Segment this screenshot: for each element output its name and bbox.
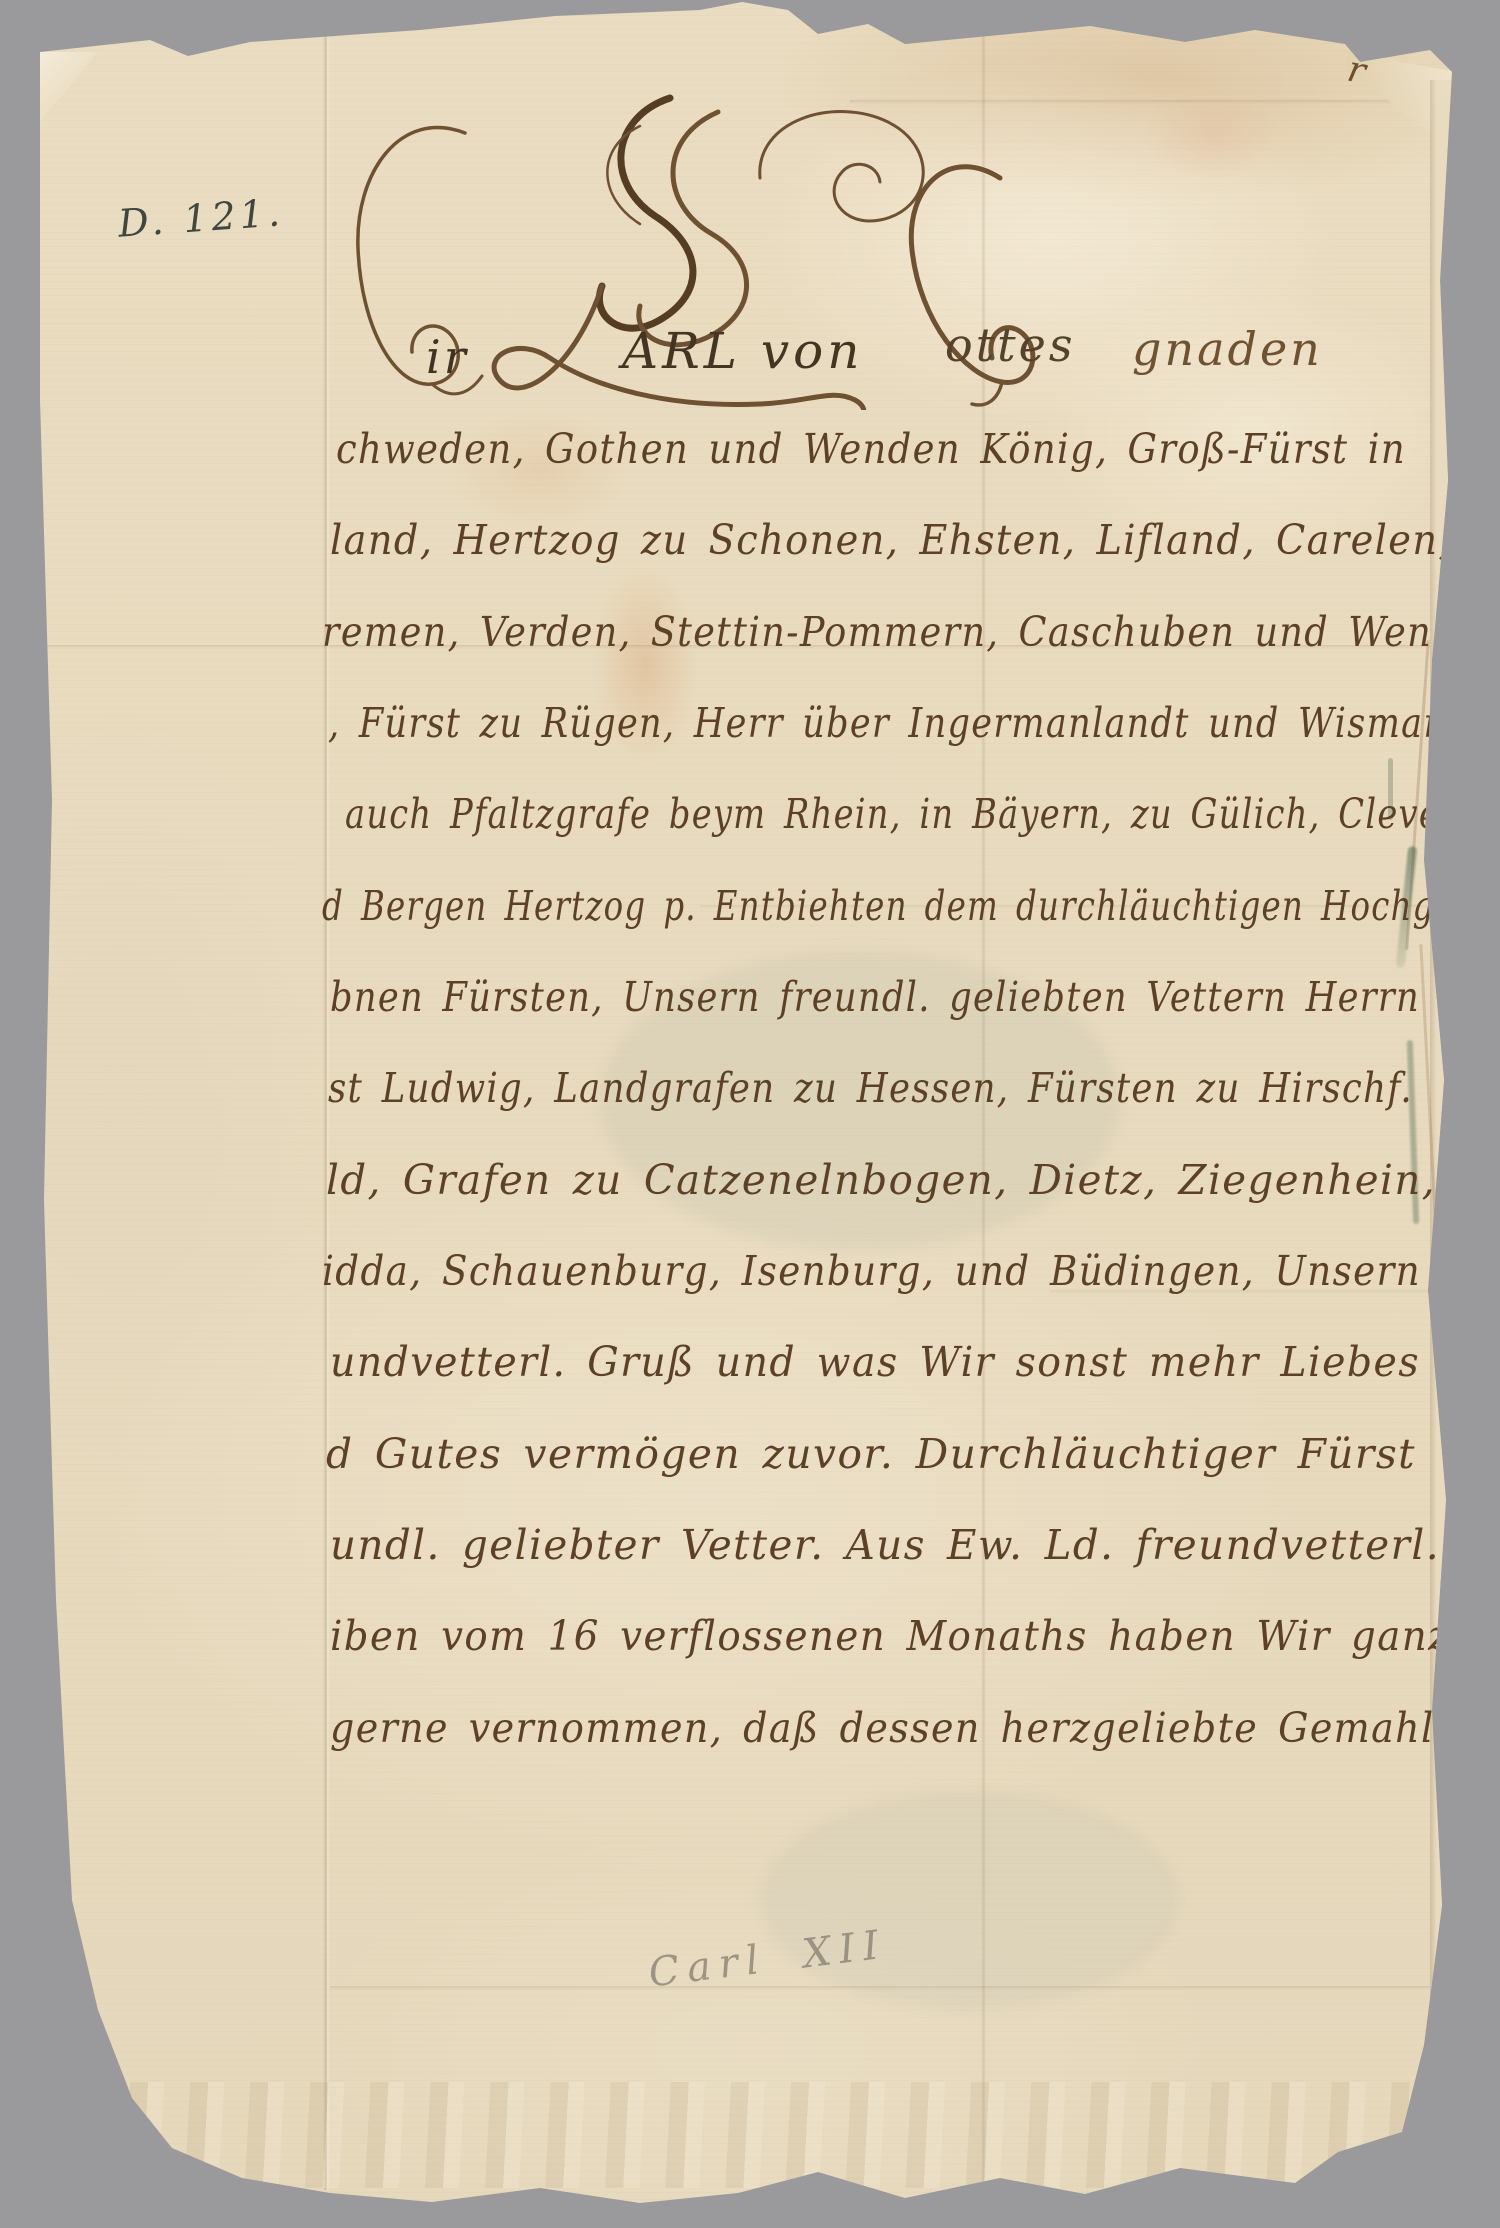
manuscript-line: remen, Verden, Stettin-Pommern, Caschube… [322,608,1432,656]
scanned-manuscript-page: { "scan": { "background_color": "#9a999b… [0,0,1500,2228]
top-left-dog-ear [40,52,98,122]
archive-number: D. 121. [117,190,286,245]
bottom-crumpled-edge [70,2082,1410,2188]
horizontal-crease-4 [330,1986,1430,1990]
manuscript-line: iben vom 16 verflossenen Monaths haben W… [330,1612,1450,1660]
manuscript-line: st Ludwig, Landgrafen zu Hessen, Fürsten… [328,1064,1413,1112]
flourish-c-heavy [599,98,693,328]
manuscript-line: chweden, Gothen und Wenden König, Groß-F… [336,425,1406,473]
heading-wir-suffix: ir [426,330,469,384]
manuscript-line: auch Pfaltzgrafe beym Rhein, in Bäyern, … [345,790,1440,838]
paper-sheet: D. 121. r ir ARL von ottes gnaden chwede… [0,0,1500,2228]
curled-edge-line-2 [1419,944,1439,1274]
heading-gnaden: gnaden [1132,322,1323,376]
manuscript-line: d Bergen Hertzog p. Entbiehten dem durch… [322,882,1455,930]
manuscript-line: gerne vernommen, daß dessen herzgeliebte… [330,1704,1448,1752]
manuscript-line: land, Hertzog zu Schonen, Ehsten, Liflan… [330,516,1452,564]
ink-bleed-through-2 [760,1790,1180,2010]
heading-carl-von: ARL von [622,322,863,380]
manuscript-line: , Fürst zu Rügen, Herr über Ingermanland… [328,699,1450,747]
flourish-g-tail [972,382,1002,405]
heading-gottes: ottes [945,318,1076,372]
pencil-annotation: Carl XII [646,1922,889,1997]
flourish-spiral [760,112,923,221]
top-right-dog-ear [1346,42,1452,146]
manuscript-line: idda, Schauenburg, Isenburg, und Büdinge… [322,1247,1421,1295]
manuscript-line: bnen Fürsten, Unsern freundl. geliebten … [330,973,1420,1021]
manuscript-line: undvetterl. Gruß und was Wir sonst mehr … [330,1338,1420,1386]
flourish-c-echo [639,112,747,345]
manuscript-line: ld, Grafen zu Catzenelnbogen, Dietz, Zie… [326,1156,1436,1204]
manuscript-line: d Gutes vermögen zuvor. Durchläuchtiger … [326,1430,1416,1478]
manuscript-line: undl. geliebter Vetter. Aus Ew. Ld. freu… [330,1521,1440,1569]
